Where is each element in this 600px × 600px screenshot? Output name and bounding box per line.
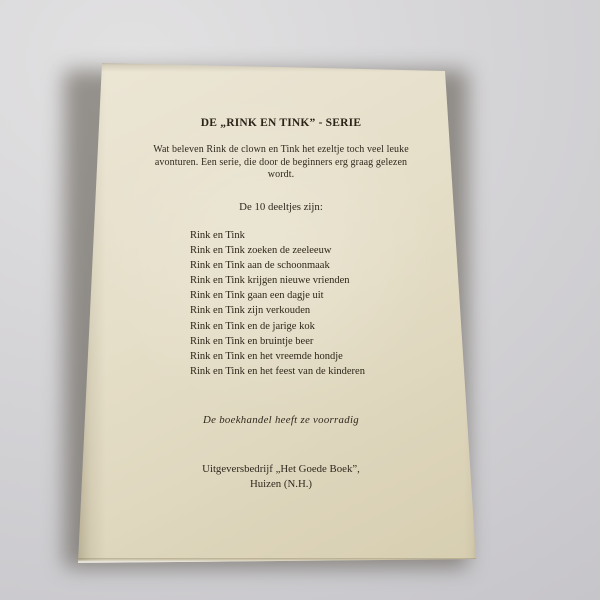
intro-line: avonturen. Een serie, die door de beginn… xyxy=(118,157,444,170)
series-title: DE „RINK EN TINK” - SERIE xyxy=(126,117,436,129)
publisher-city: Huizen (N.H.) xyxy=(126,477,436,492)
cover-text-column: DE „RINK EN TINK” - SERIE Wat beleven Ri… xyxy=(78,60,478,566)
book-title-item: Rink en Tink en het vreemde hondje xyxy=(190,349,365,364)
book-back-cover: DE „RINK EN TINK” - SERIE Wat beleven Ri… xyxy=(78,60,478,566)
intro-line: wordt. xyxy=(118,169,444,182)
availability-note: De boekhandel heeft ze voorradig xyxy=(126,414,436,426)
book-title-item: Rink en Tink aan de schoonmaak xyxy=(190,258,365,273)
book-title-item: Rink en Tink zijn verkouden xyxy=(190,303,365,318)
book-title-item: Rink en Tink en het feest van de kindere… xyxy=(190,364,365,379)
book-title-item: Rink en Tink gaan een dagje uit xyxy=(190,288,365,303)
book-title-item: Rink en Tink krijgen nieuwe vrienden xyxy=(190,273,365,288)
publisher-name: Uitgeversbedrijf „Het Goede Boek”, xyxy=(126,462,436,477)
photo-scene: DE „RINK EN TINK” - SERIE Wat beleven Ri… xyxy=(0,0,600,600)
book-title-item: Rink en Tink zoeken de zeeleeuw xyxy=(190,243,365,258)
intro-line: Wat beleven Rink de clown en Tink het ez… xyxy=(118,144,444,157)
book-title-item: Rink en Tink en de jarige kok xyxy=(190,319,365,334)
titles-list: Rink en Tink Rink en Tink zoeken de zeel… xyxy=(190,228,365,379)
book-title-item: Rink en Tink en bruintje beer xyxy=(190,334,365,349)
list-heading: De 10 deeltjes zijn: xyxy=(126,201,436,213)
publisher-block: Uitgeversbedrijf „Het Goede Boek”, Huize… xyxy=(126,462,436,493)
book-title-item: Rink en Tink xyxy=(190,228,365,243)
intro-paragraph: Wat beleven Rink de clown en Tink het ez… xyxy=(118,144,444,182)
